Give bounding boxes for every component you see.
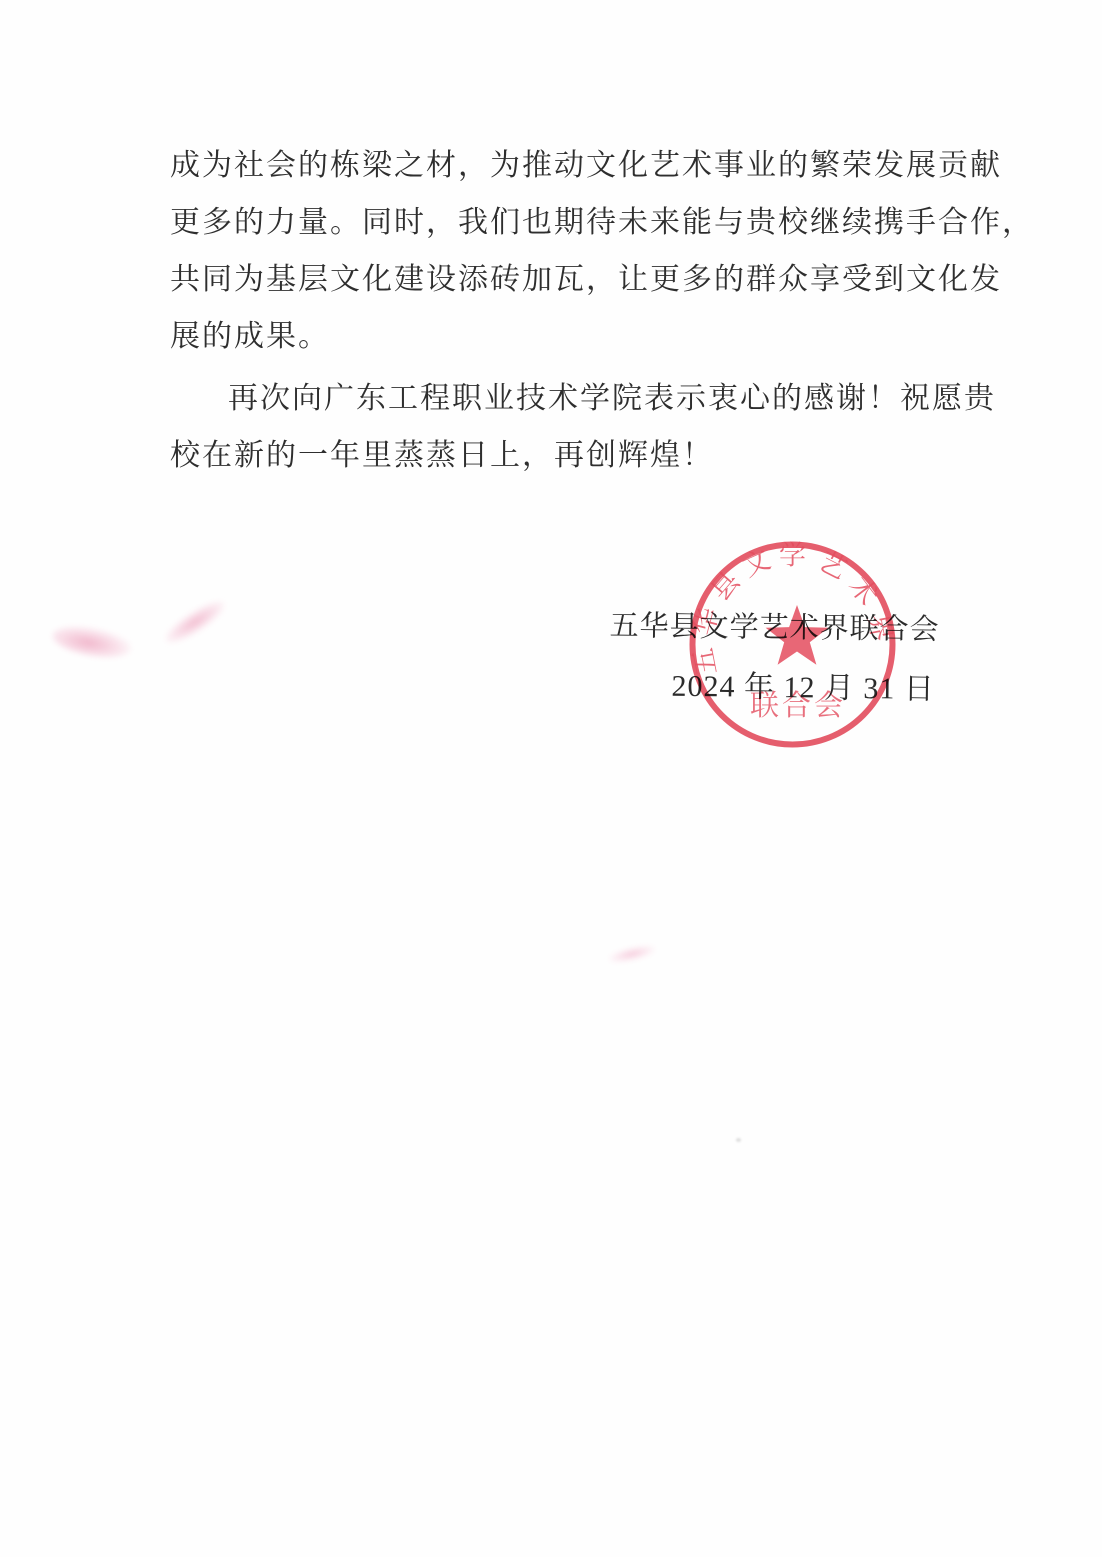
scanned-letter-page: 成为社会的栋梁之材，为推动文化艺术事业的繁荣发展贡献 更多的力量。同时，我们也期… — [0, 0, 1102, 1557]
scan-speck — [736, 1138, 741, 1142]
seal-arc-char: 县 — [705, 566, 745, 606]
seal-arc-char: 界 — [863, 611, 898, 643]
text-line: 共同为基层文化建设添砖加瓦，让更多的群众享受到文化发 — [170, 251, 1034, 308]
official-seal-stamp: 五华县文学艺术界 联合会 — [688, 538, 898, 748]
text-line: 成为社会的栋梁之材，为推动文化艺术事业的繁荣发展贡献 — [170, 137, 1034, 194]
seal-arc-char: 术 — [843, 571, 883, 611]
seal-bottom-text: 联合会 — [750, 689, 846, 722]
ink-smudge — [607, 943, 656, 965]
text-line: 再次向广东工程职业技术学院表示衷心的感谢！祝愿贵 — [170, 370, 996, 427]
ink-smudge — [160, 595, 230, 650]
seal-arc-text: 五华县文学艺术界 — [688, 541, 897, 678]
red-star-icon — [766, 605, 829, 665]
paragraph-1: 成为社会的栋梁之材，为推动文化艺术事业的繁荣发展贡献 更多的力量。同时，我们也期… — [170, 137, 1034, 365]
seal-arc-char: 五 — [688, 645, 722, 677]
text-line: 展的成果。 — [170, 308, 1034, 365]
text-line: 校在新的一年里蒸蒸日上，再创辉煌！ — [170, 427, 996, 484]
paragraph-2: 再次向广东工程职业技术学院表示衷心的感谢！祝愿贵 校在新的一年里蒸蒸日上，再创辉… — [170, 370, 996, 484]
seal-arc-char: 学 — [779, 541, 806, 571]
seal-arc-char: 艺 — [814, 546, 852, 585]
text-line: 更多的力量。同时，我们也期待未来能与贵校继续携手合作， — [170, 194, 1034, 251]
ink-smudge — [50, 621, 134, 662]
